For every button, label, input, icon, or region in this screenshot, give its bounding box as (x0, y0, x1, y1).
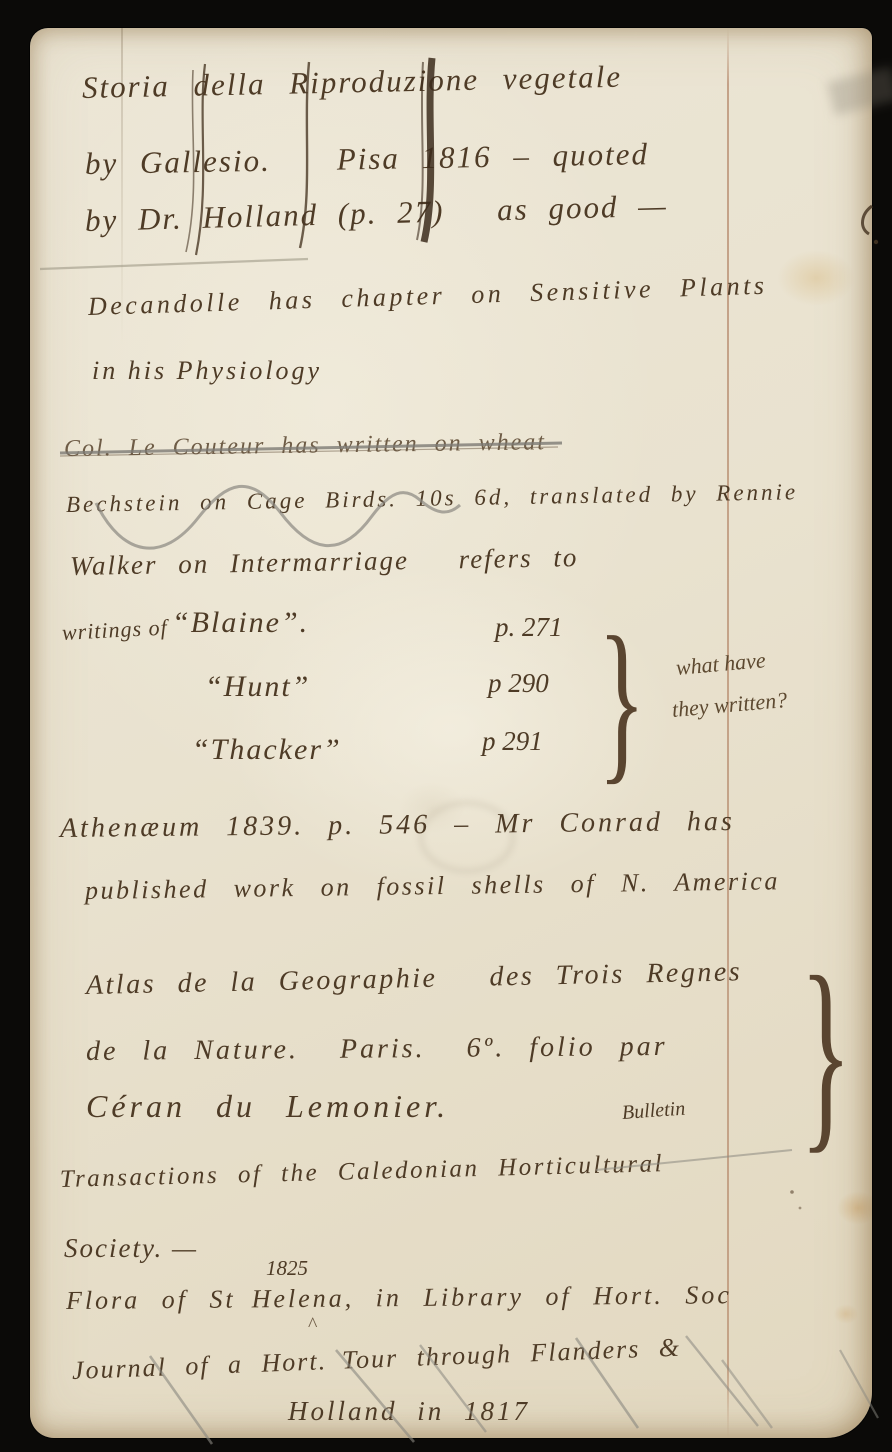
pencil-smudge (827, 67, 892, 116)
atlas-brace-mark: } (800, 944, 852, 1159)
entry-flora-line1: Flora of St Helena, in Library of Hort. … (66, 1280, 732, 1316)
walker-ref-page-hunt: p 290 (488, 668, 549, 699)
walker-ref-name-hunt: “Hunt” (205, 670, 310, 704)
notebook-page (30, 28, 872, 1438)
entry-atlas-line2: de la Nature. Paris. 6º. folio par (86, 1031, 668, 1068)
entry-decandolle-line2: in his Physiology (92, 356, 322, 386)
edge-ink-dot (874, 240, 878, 244)
margin-rule-line (727, 28, 729, 1438)
flora-inserted-year: 1825 (266, 1256, 308, 1281)
walker-ref-name-blaine: “Blaine”. (172, 606, 309, 640)
insertion-caret-mark: ^ (308, 1314, 317, 1337)
refs-brace-mark: } (598, 610, 646, 790)
entry-atlas-line3: Céran du Lemonier. (86, 1088, 449, 1125)
entry-caledonian-line2: Society. — (64, 1233, 198, 1264)
walker-ref-name-thacker: “Thacker” (192, 733, 342, 767)
walker-ref-page-thacker: p 291 (482, 726, 543, 757)
entry-walker-line2: writings of (61, 614, 168, 645)
walker-ref-page-blaine: p. 271 (495, 612, 563, 643)
entry-journal-line2: Holland in 1817 (288, 1396, 530, 1427)
entry-atlas-source-note: Bulletin (621, 1098, 686, 1125)
